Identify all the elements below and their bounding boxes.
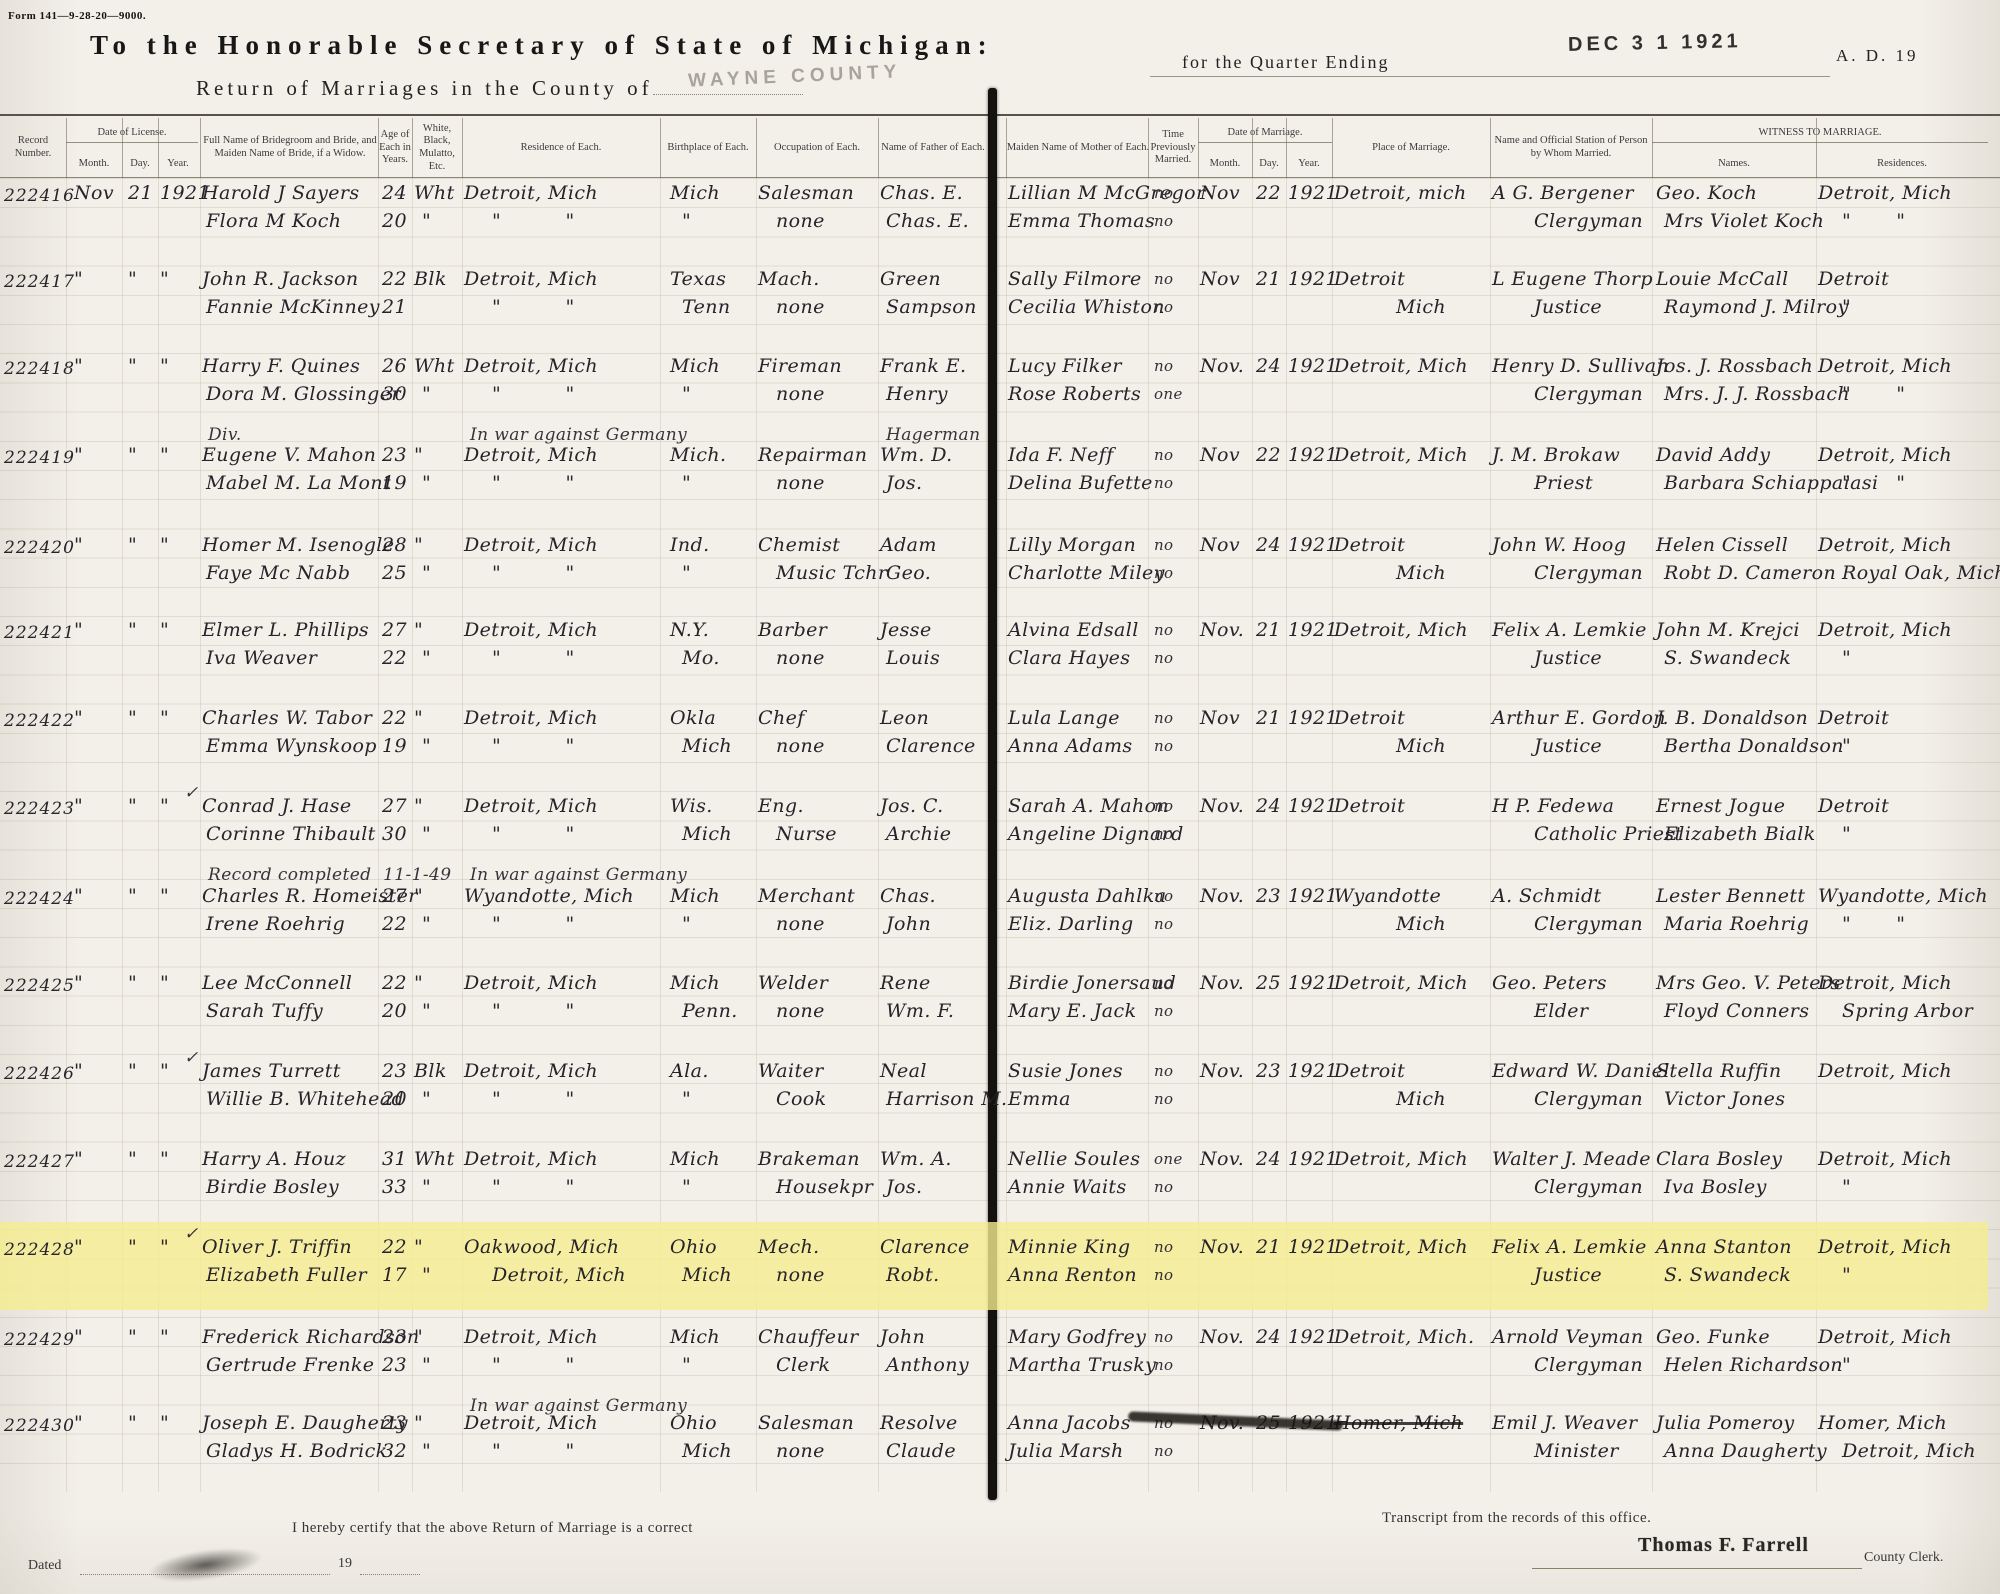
groom-name: James Turrett xyxy=(202,1060,341,1082)
witness-residence: Wyandotte, Mich xyxy=(1818,885,1988,907)
mother-of-bride: Rose Roberts xyxy=(1008,383,1141,405)
certify-statement: I hereby certify that the above Return o… xyxy=(292,1520,693,1537)
witness-name: Clara Bosley xyxy=(1656,1148,1782,1170)
groom-name: Harry A. Houz xyxy=(202,1148,346,1170)
times-previously-married: one xyxy=(1154,1150,1183,1168)
times-previously-married: no xyxy=(1154,536,1174,554)
birthplace-of-bride: " xyxy=(682,210,691,232)
residence-of-groom: Detroit, Mich xyxy=(464,972,598,994)
officiant-station: Clergyman xyxy=(1534,1088,1643,1110)
times-previously-married: no xyxy=(1154,1062,1174,1080)
col-header-witness: WITNESS TO MARRIAGE. xyxy=(1652,120,1988,143)
color-of-each: " xyxy=(414,444,423,466)
witness-name: Robt D. Cameron xyxy=(1664,562,1836,584)
occupation-of-groom: Brakeman xyxy=(758,1148,860,1170)
mother-of-bride: Emma xyxy=(1008,1088,1071,1110)
times-previously-married: no xyxy=(1154,1238,1174,1256)
groom-name: Oliver J. Triffin xyxy=(202,1236,352,1258)
col-subheader-marriage-month: Month. xyxy=(1198,154,1252,174)
col-subheader-license-day: Day. xyxy=(122,154,158,174)
officiant-station: Clergyman xyxy=(1534,383,1643,405)
place-of-marriage: Homer, Mich xyxy=(1334,1412,1463,1434)
times-previously-married: no xyxy=(1154,974,1174,992)
residence-of-groom: Wyandotte, Mich xyxy=(464,885,634,907)
color-of-each: " xyxy=(422,1440,431,1462)
mother-of-groom: Minnie King xyxy=(1008,1236,1130,1258)
witness-name: Lester Bennett xyxy=(1656,885,1805,907)
groom-age: 27 xyxy=(382,795,407,817)
color-of-each: Blk xyxy=(414,268,447,290)
times-previously-married: no xyxy=(1154,564,1174,582)
bride-name: Iva Weaver xyxy=(206,647,317,669)
place-of-marriage: Mich xyxy=(1396,562,1446,584)
place-of-marriage: Detroit, mich xyxy=(1334,182,1467,204)
record-number: 222425 xyxy=(4,976,75,996)
witness-name: Louie McCall xyxy=(1656,268,1789,290)
residence-of-bride: " " xyxy=(492,913,575,935)
officiant-name: L Eugene Thorp xyxy=(1492,268,1653,290)
bride-age: 30 xyxy=(382,823,407,845)
marriage-date: 1921 xyxy=(1288,268,1338,290)
mother-of-bride: Clara Hayes xyxy=(1008,647,1130,669)
mother-of-groom: Susie Jones xyxy=(1008,1060,1123,1082)
father-of-groom: Chas. xyxy=(880,885,936,907)
witness-residence: " " xyxy=(1842,210,1905,232)
witness-name: Victor Jones xyxy=(1664,1088,1785,1110)
officiant-station: Justice xyxy=(1534,296,1602,318)
witness-name: Anna Stanton xyxy=(1656,1236,1792,1258)
license-date: " xyxy=(128,1412,137,1434)
marriage-date: 1921 xyxy=(1288,795,1338,817)
occupation-of-groom: Eng. xyxy=(758,795,804,817)
witness-name: Bertha Donaldson xyxy=(1664,735,1844,757)
occupation-of-groom: Barber xyxy=(758,619,827,641)
marriage-date: 21 xyxy=(1256,1236,1281,1258)
color-of-each: " xyxy=(414,534,423,556)
groom-name: John R. Jackson xyxy=(202,268,358,290)
witness-residence: Detroit, Mich xyxy=(1818,182,1952,204)
times-previously-married: no xyxy=(1154,797,1174,815)
birthplace-of-groom: Texas xyxy=(670,268,726,290)
witness-residence: Detroit, Mich xyxy=(1818,972,1952,994)
mother-of-groom: Sally Filmore xyxy=(1008,268,1142,290)
occupation-of-groom: Waiter xyxy=(758,1060,824,1082)
marriage-date: 1921 xyxy=(1288,444,1338,466)
residence-of-groom: Detroit, Mich xyxy=(464,534,598,556)
license-date: " xyxy=(128,972,137,994)
marriage-date: 25 xyxy=(1256,972,1281,994)
witness-name: Elizabeth Bialk xyxy=(1664,823,1816,845)
header-column-line xyxy=(462,118,463,178)
witness-residence: Detroit xyxy=(1818,795,1889,817)
bride-name: Faye Mc Nabb xyxy=(206,562,350,584)
marriage-date: 21 xyxy=(1256,268,1281,290)
witness-name: John M. Krejci xyxy=(1656,619,1800,641)
license-date: " xyxy=(160,1326,169,1348)
father-of-bride: Wm. F. xyxy=(886,1000,954,1022)
occupation-of-bride: none xyxy=(776,913,825,935)
groom-age: 23 xyxy=(382,1326,407,1348)
col-header-mother: Maiden Name of Mother of Each. xyxy=(1006,118,1150,178)
father-of-groom: Jos. C. xyxy=(880,795,944,817)
birthplace-of-groom: Ohio xyxy=(670,1236,717,1258)
officiant-station: Clergyman xyxy=(1534,1176,1643,1198)
occupation-of-groom: Repairman xyxy=(758,444,867,466)
marriage-date: 24 xyxy=(1256,1326,1281,1348)
occupation-of-groom: Fireman xyxy=(758,355,842,377)
license-date: " xyxy=(160,795,169,817)
witness-name: David Addy xyxy=(1656,444,1770,466)
groom-age: 22 xyxy=(382,268,407,290)
witness-name: Geo. Funke xyxy=(1656,1326,1770,1348)
bride-age: 22 xyxy=(382,913,407,935)
officiant-name: Arthur E. Gordon xyxy=(1492,707,1666,729)
marriage-date: 1921 xyxy=(1288,885,1338,907)
officiant-station: Clergyman xyxy=(1534,1354,1643,1376)
father-of-bride: Claude xyxy=(886,1440,956,1462)
officiant-name: Henry D. Sullivan xyxy=(1492,355,1669,377)
mother-of-groom: Lillian M McGregor xyxy=(1008,182,1206,204)
license-date: " xyxy=(128,268,137,290)
father-of-groom: Neal xyxy=(880,1060,927,1082)
header-column-line xyxy=(1198,118,1199,178)
occupation-of-groom: Mach. xyxy=(758,268,820,290)
quarter-ending-line xyxy=(1150,76,1830,77)
witness-residence: Detroit xyxy=(1818,707,1889,729)
residence-of-groom: Detroit, Mich xyxy=(464,1326,598,1348)
occupation-of-bride: none xyxy=(776,1000,825,1022)
marriage-date: 1921 xyxy=(1288,1326,1338,1348)
father-of-groom: Resolve xyxy=(880,1412,958,1434)
mother-of-groom: Lula Lange xyxy=(1008,707,1120,729)
place-of-marriage: Wyandotte xyxy=(1334,885,1441,907)
residence-of-bride: " " xyxy=(492,472,575,494)
license-date: " xyxy=(128,619,137,641)
father-of-bride: Anthony xyxy=(886,1354,969,1376)
witness-residence: Detroit, Mich xyxy=(1818,1326,1952,1348)
col-header-full-name: Full Name of Bridegroom and Bride, and M… xyxy=(200,118,380,178)
place-of-marriage: Mich xyxy=(1396,735,1446,757)
witness-residence: Detroit, Mich xyxy=(1818,1236,1952,1258)
license-date: " xyxy=(74,444,83,466)
license-date: " xyxy=(74,355,83,377)
times-previously-married: no xyxy=(1154,184,1174,202)
header-column-line xyxy=(158,118,159,178)
father-of-groom: Frank E. xyxy=(880,355,967,377)
check-mark: ✓ xyxy=(184,1048,199,1068)
residence-of-bride: " " xyxy=(492,1354,575,1376)
bride-name: Elizabeth Fuller xyxy=(206,1264,367,1286)
officiant-name: John W. Hoog xyxy=(1492,534,1626,556)
marriage-date: 21 xyxy=(1256,619,1281,641)
record-number: 222421 xyxy=(4,623,75,643)
times-previously-married: no xyxy=(1154,1090,1174,1108)
bride-age: 20 xyxy=(382,210,407,232)
occupation-of-groom: Salesman xyxy=(758,182,854,204)
witness-name: J. B. Donaldson xyxy=(1656,707,1808,729)
residence-of-bride: " " xyxy=(492,823,575,845)
father-of-bride: Geo. xyxy=(886,562,931,584)
bride-age: 22 xyxy=(382,647,407,669)
license-date: " xyxy=(160,619,169,641)
officiant-name: J. M. Brokaw xyxy=(1492,444,1620,466)
marriage-date: 1921 xyxy=(1288,619,1338,641)
residence-of-bride: " " xyxy=(492,735,575,757)
header-column-line xyxy=(1816,118,1817,178)
record-number: 222424 xyxy=(4,889,75,909)
mother-of-bride: Anna Adams xyxy=(1008,735,1133,757)
bride-age: 20 xyxy=(382,1088,407,1110)
father-of-bride: John xyxy=(886,913,931,935)
birthplace-of-groom: Mich xyxy=(670,1148,720,1170)
marriage-date: Nov xyxy=(1200,707,1240,729)
groom-age: 22 xyxy=(382,707,407,729)
county-clerk-signature: Thomas F. Farrell xyxy=(1638,1534,1809,1557)
col-header-occupation: Occupation of Each. xyxy=(756,118,878,178)
occupation-of-groom: Welder xyxy=(758,972,828,994)
col-header-place-of-marriage: Place of Marriage. xyxy=(1332,118,1490,178)
witness-name: Helen Richardson xyxy=(1664,1354,1843,1376)
father-of-bride: Henry xyxy=(886,383,948,405)
col-header-father: Name of Father of Each. xyxy=(878,118,988,178)
page-title: To the Honorable Secretary of State of M… xyxy=(90,30,994,61)
ink-smudge xyxy=(146,1542,264,1588)
occupation-of-groom: Mech. xyxy=(758,1236,820,1258)
witness-residence: Detroit, Mich xyxy=(1818,619,1952,641)
officiant-station: Priest xyxy=(1534,472,1593,494)
occupation-of-groom: Chef xyxy=(758,707,805,729)
marriage-date: Nov. xyxy=(1200,885,1244,907)
bride-age: 21 xyxy=(382,296,407,318)
marriage-date: 1921 xyxy=(1288,707,1338,729)
birthplace-of-groom: Ala. xyxy=(670,1060,709,1082)
license-date: " xyxy=(128,1148,137,1170)
color-of-each: " xyxy=(422,647,431,669)
license-date: " xyxy=(128,1326,137,1348)
groom-age: 27 xyxy=(382,885,407,907)
officiant-name: Edward W. Daniel xyxy=(1492,1060,1670,1082)
witness-name: Mrs. J. J. Rossbach xyxy=(1664,383,1850,405)
bride-age: 30 xyxy=(382,383,407,405)
marriage-date: Nov. xyxy=(1200,619,1244,641)
record-number: 222416 xyxy=(4,186,75,206)
residence-of-bride: " " xyxy=(492,1000,575,1022)
birthplace-of-bride: " xyxy=(682,472,691,494)
license-date: " xyxy=(128,707,137,729)
father-of-bride: Chas. E. xyxy=(886,210,969,232)
mother-of-groom: Anna Jacobs xyxy=(1008,1412,1131,1434)
license-date: " xyxy=(74,707,83,729)
mother-of-groom: Alvina Edsall xyxy=(1008,619,1139,641)
times-previously-married: no xyxy=(1154,1328,1174,1346)
license-date: " xyxy=(160,1060,169,1082)
marriage-date: 21 xyxy=(1256,707,1281,729)
marriage-register-page: Form 141—9-28-20—9000. To the Honorable … xyxy=(0,0,2000,1594)
col-subheader-license-year: Year. xyxy=(158,154,198,174)
occupation-of-bride: Nurse xyxy=(776,823,837,845)
times-previously-married: no xyxy=(1154,357,1174,375)
residence-of-bride: Detroit, Mich xyxy=(492,1264,626,1286)
check-mark: ✓ xyxy=(184,783,199,803)
witness-name: Stella Ruffin xyxy=(1656,1060,1782,1082)
witness-residence: Detroit, Mich xyxy=(1818,534,1952,556)
officiant-name: Geo. Peters xyxy=(1492,972,1607,994)
witness-name: Geo. Koch xyxy=(1656,182,1757,204)
groom-age: 23 xyxy=(382,1412,407,1434)
color-of-each: Blk xyxy=(414,1060,447,1082)
header-column-line xyxy=(122,118,123,178)
occupation-of-groom: Merchant xyxy=(758,885,855,907)
witness-residence: " " xyxy=(1842,472,1905,494)
times-previously-married: no xyxy=(1154,825,1174,843)
place-of-marriage: Detroit, Mich xyxy=(1334,1148,1468,1170)
header-column-line xyxy=(200,118,201,178)
birthplace-of-groom: Mich xyxy=(670,182,720,204)
father-of-bride: Sampson xyxy=(886,296,977,318)
father-of-groom: Adam xyxy=(880,534,937,556)
mother-of-groom: Birdie Jonersaud xyxy=(1008,972,1176,994)
mother-of-groom: Ida F. Neff xyxy=(1008,444,1114,466)
record-number: 222420 xyxy=(4,538,75,558)
license-date: " xyxy=(160,972,169,994)
occupation-of-bride: none xyxy=(776,735,825,757)
witness-name: Iva Bosley xyxy=(1664,1176,1767,1198)
dated-year-line xyxy=(360,1558,420,1575)
witness-residence: " xyxy=(1842,735,1851,757)
marriage-date: Nov. xyxy=(1200,1236,1244,1258)
marriage-date: 23 xyxy=(1256,885,1281,907)
mother-of-bride: Cecilia Whiston xyxy=(1008,296,1165,318)
birthplace-of-groom: Mich xyxy=(670,1326,720,1348)
residence-of-groom: Detroit, Mich xyxy=(464,707,598,729)
bride-name: Fannie McKinney xyxy=(206,296,380,318)
birthplace-of-groom: Mich. xyxy=(670,444,726,466)
birthplace-of-bride: " xyxy=(682,913,691,935)
witness-residence: " xyxy=(1842,1176,1851,1198)
groom-name: Charles W. Tabor xyxy=(202,707,372,729)
license-date: " xyxy=(74,1148,83,1170)
marriage-date: Nov. xyxy=(1200,1148,1244,1170)
residence-of-groom: Detroit, Mich xyxy=(464,1148,598,1170)
col-header-residence: Residence of Each. xyxy=(462,118,660,178)
residence-of-groom: Detroit, Mich xyxy=(464,795,598,817)
marriage-date: Nov xyxy=(1200,534,1240,556)
marriage-date: 1921 xyxy=(1288,1236,1338,1258)
license-date: " xyxy=(74,268,83,290)
marriage-date: 22 xyxy=(1256,444,1281,466)
father-of-bride: Harrison M. xyxy=(886,1088,1008,1110)
witness-name: Floyd Conners xyxy=(1664,1000,1809,1022)
header-column-line xyxy=(1148,118,1149,178)
license-date: " xyxy=(128,534,137,556)
mother-of-groom: Nellie Soules xyxy=(1008,1148,1140,1170)
residence-of-groom: Detroit, Mich xyxy=(464,444,598,466)
license-date: " xyxy=(74,1326,83,1348)
record-number: 222419 xyxy=(4,448,75,468)
header-column-line xyxy=(1286,118,1287,178)
check-mark: ✓ xyxy=(184,1224,199,1244)
marriage-date: 24 xyxy=(1256,534,1281,556)
mother-of-bride: Delina Bufette xyxy=(1008,472,1153,494)
place-of-marriage: Detroit xyxy=(1334,268,1405,290)
mother-of-groom: Sarah A. Mahon xyxy=(1008,795,1169,817)
place-of-marriage: Detroit, Mich xyxy=(1334,444,1468,466)
father-of-groom: John xyxy=(880,1326,925,1348)
record-number: 222430 xyxy=(4,1416,75,1436)
times-previously-married: no xyxy=(1154,270,1174,288)
residence-of-groom: Detroit, Mich xyxy=(464,355,598,377)
color-of-each: " xyxy=(422,1000,431,1022)
header-column-line xyxy=(1652,118,1653,178)
place-of-marriage: Detroit xyxy=(1334,795,1405,817)
marriage-date: Nov xyxy=(1200,444,1240,466)
color-of-each: Wht xyxy=(414,355,455,377)
license-date: " xyxy=(160,534,169,556)
place-of-marriage: Detroit, Mich xyxy=(1334,619,1468,641)
times-previously-married: no xyxy=(1154,709,1174,727)
mother-of-bride: Charlotte Miley xyxy=(1008,562,1165,584)
father-of-groom: Wm. A. xyxy=(880,1148,952,1170)
times-previously-married: no xyxy=(1154,1266,1174,1284)
license-date: " xyxy=(74,795,83,817)
groom-name: Harold J Sayers xyxy=(202,182,360,204)
birthplace-of-bride: " xyxy=(682,383,691,405)
occupation-of-bride: none xyxy=(776,472,825,494)
license-date: " xyxy=(74,972,83,994)
signature-line xyxy=(1532,1568,1862,1569)
place-of-marriage: Detroit xyxy=(1334,707,1405,729)
bride-name: Sarah Tuffy xyxy=(206,1000,323,1022)
marriage-date: 1921 xyxy=(1288,1148,1338,1170)
witness-residence: Royal Oak, Mich xyxy=(1842,562,2000,584)
col-subheader-marriage-day: Day. xyxy=(1252,154,1286,174)
birthplace-of-groom: Ohio xyxy=(670,1412,717,1434)
officiant-name: Arnold Veyman xyxy=(1492,1326,1644,1348)
residence-of-bride: " " xyxy=(492,1176,575,1198)
license-date: " xyxy=(128,795,137,817)
bride-name: Willie B. Whitehead xyxy=(206,1088,404,1110)
bride-age: 17 xyxy=(382,1264,407,1286)
birthplace-of-bride: Tenn xyxy=(682,296,731,318)
witness-residence: Detroit, Mich xyxy=(1818,1148,1952,1170)
color-of-each: " xyxy=(414,972,423,994)
birthplace-of-bride: " xyxy=(682,1354,691,1376)
col-subheader-witness-names: Names. xyxy=(1652,154,1816,174)
father-of-groom: Clarence xyxy=(880,1236,970,1258)
license-date: " xyxy=(128,355,137,377)
groom-name: Conrad J. Hase xyxy=(202,795,352,817)
license-date: " xyxy=(128,1236,137,1258)
officiant-name: A G. Bergener xyxy=(1492,182,1634,204)
witness-residence: " " xyxy=(1842,383,1905,405)
officiant-name: A. Schmidt xyxy=(1492,885,1602,907)
color-of-each: " xyxy=(422,472,431,494)
record-number: 222427 xyxy=(4,1152,75,1172)
occupation-of-bride: none xyxy=(776,647,825,669)
birthplace-of-bride: Mich xyxy=(682,1440,732,1462)
place-of-marriage: Detroit xyxy=(1334,1060,1405,1082)
occupation-of-groom: Salesman xyxy=(758,1412,854,1434)
occupation-of-groom: Chauffeur xyxy=(758,1326,859,1348)
bride-name: Corinne Thibault xyxy=(206,823,376,845)
license-date: " xyxy=(160,885,169,907)
groom-age: 24 xyxy=(382,182,407,204)
times-previously-married: no xyxy=(1154,212,1174,230)
bride-age: 23 xyxy=(382,1354,407,1376)
birthplace-of-groom: Mich xyxy=(670,885,720,907)
header-column-line xyxy=(1490,118,1491,178)
mother-of-bride: Emma Thomas xyxy=(1008,210,1155,232)
